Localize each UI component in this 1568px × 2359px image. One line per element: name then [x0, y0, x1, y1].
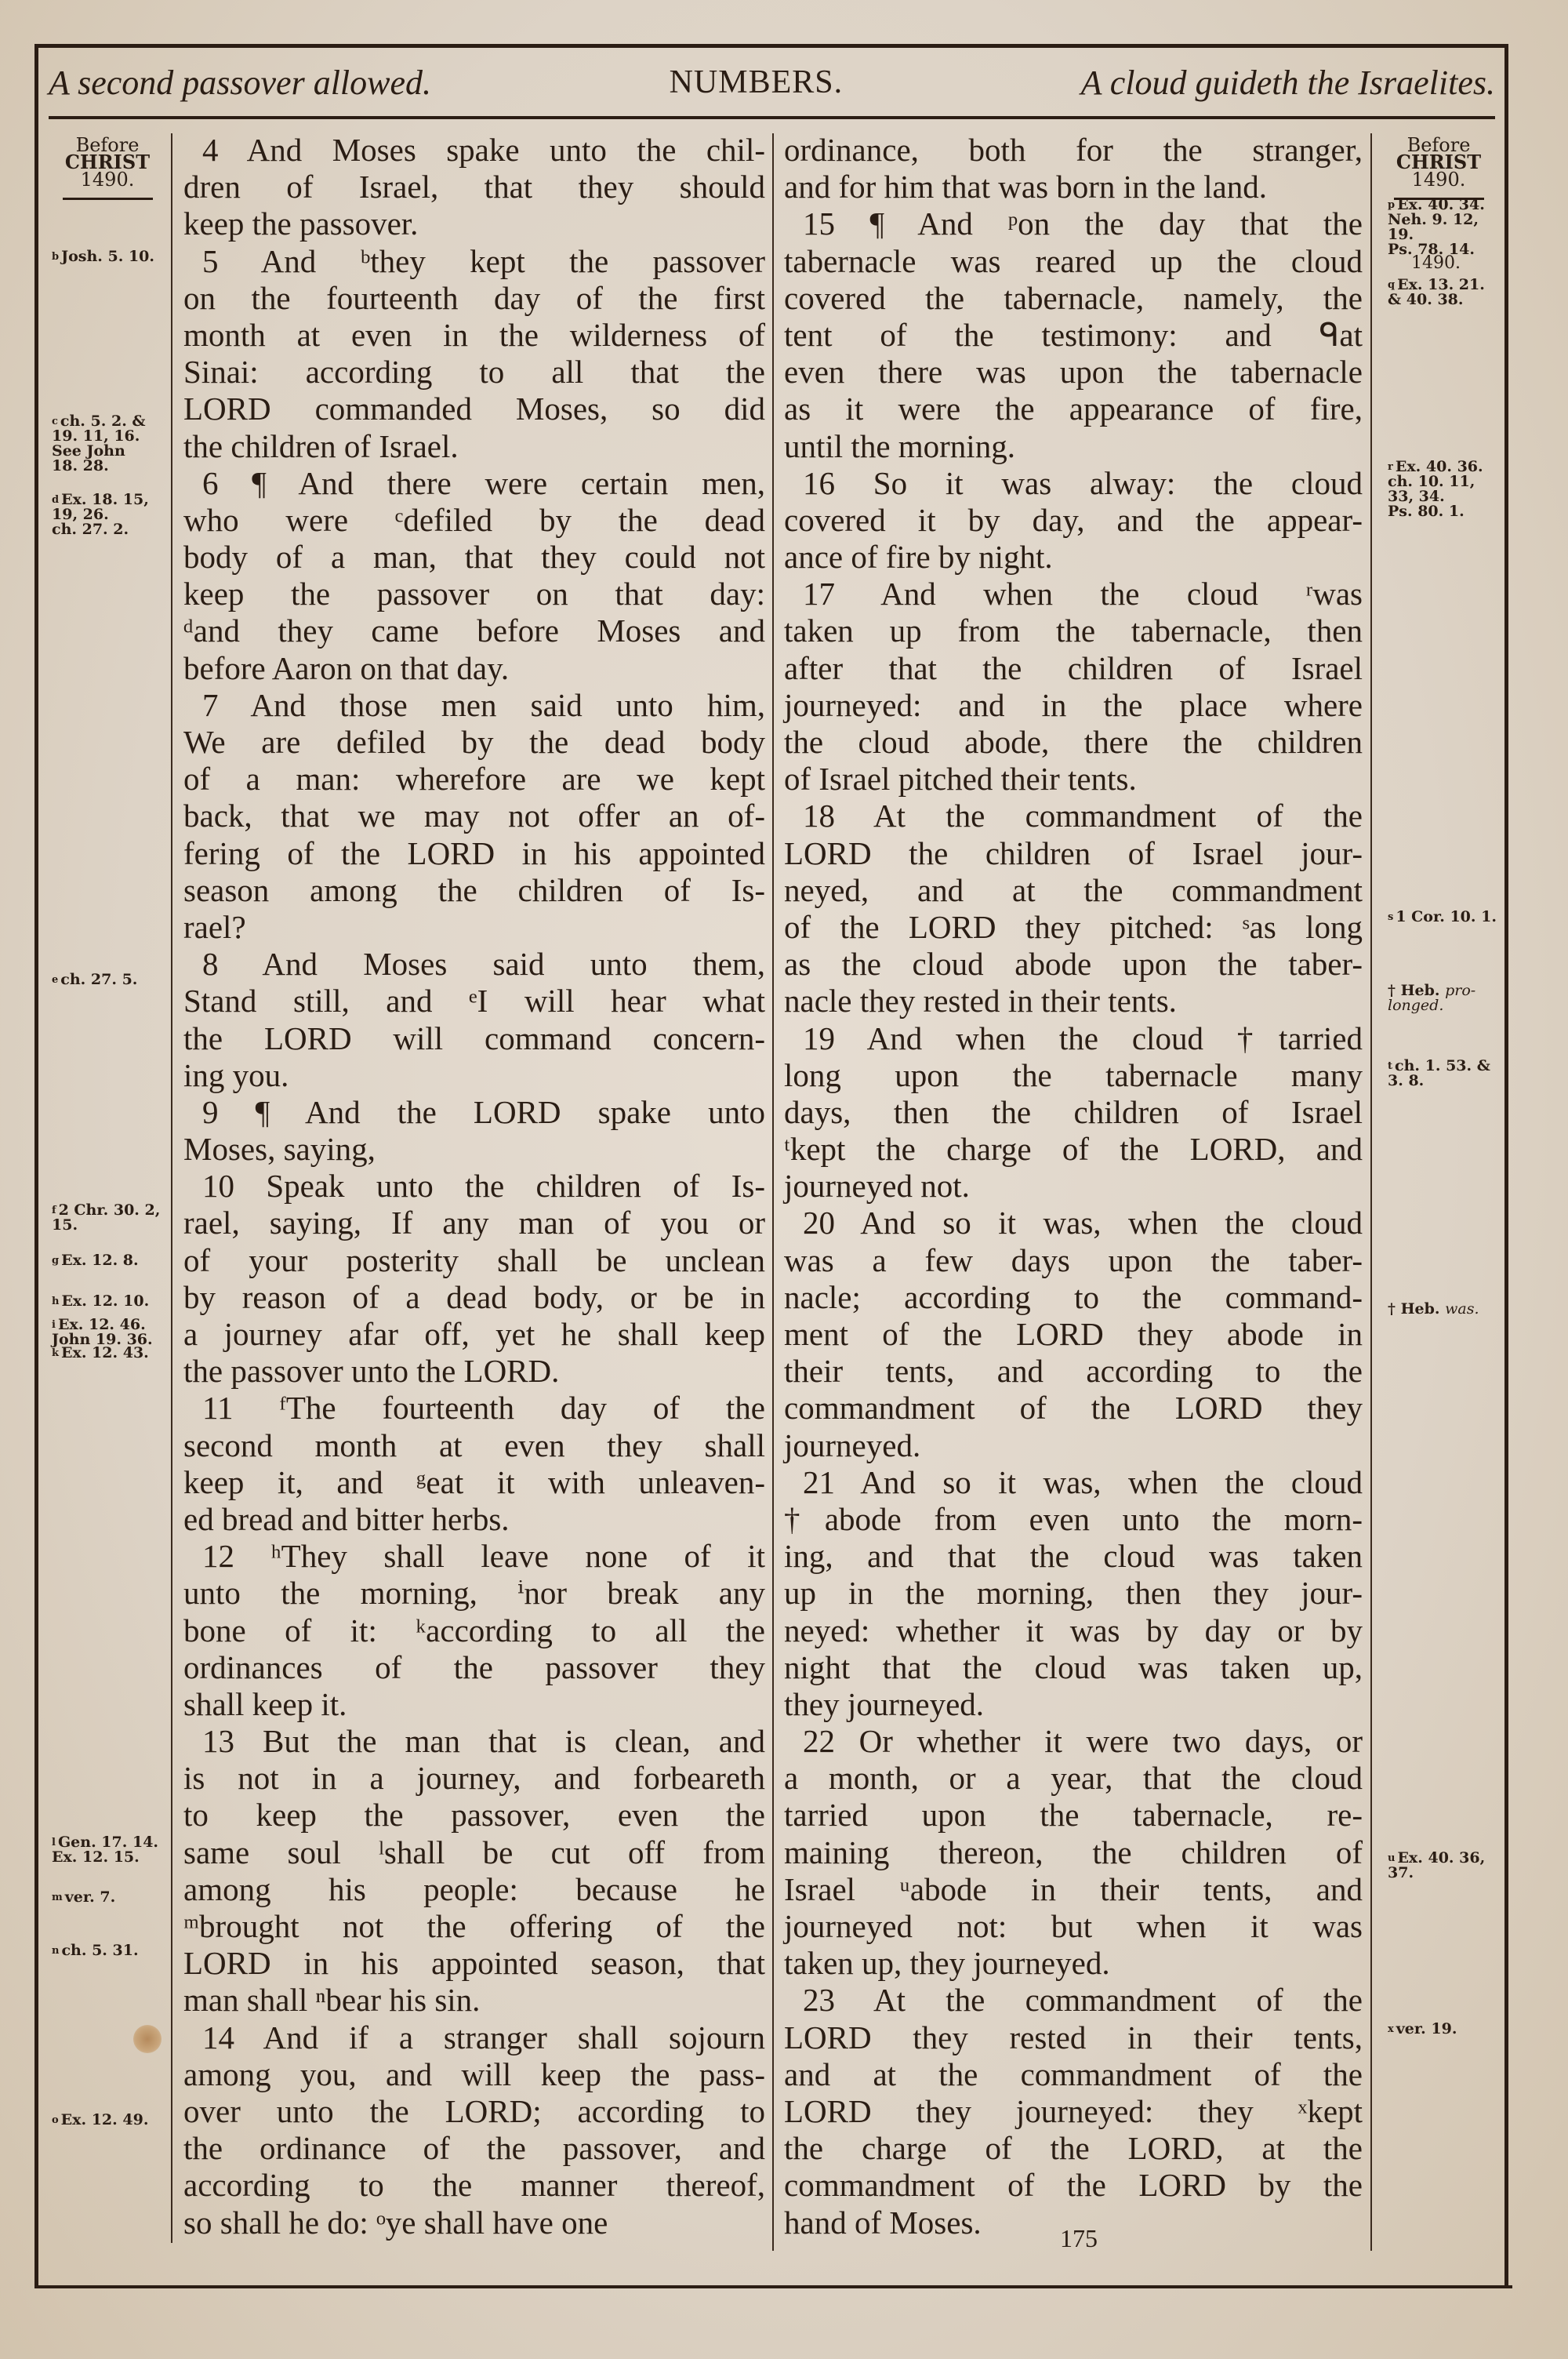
text-line: journeyed not. [784, 1168, 1363, 1205]
text-line: rael, saying, If any man of you or [183, 1205, 765, 1241]
cross-reference-note: bJosh. 5. 10. [52, 249, 154, 264]
text-line: Israel ᵘabode in their tents, and [784, 1871, 1363, 1908]
cross-reference-note: s1 Cor. 10. 1. [1388, 910, 1497, 925]
cross-reference-note: uEx. 40. 36, 37. [1388, 1851, 1485, 1881]
text-line: LORD they rested in their tents, [784, 2019, 1363, 2056]
text-line: ᵗkept the charge of the LORD, and [784, 1131, 1363, 1168]
column-divider [772, 133, 774, 2251]
cross-reference-note: nch. 5. 31. [52, 1943, 139, 1958]
text-line: on the fourteenth day of the first [183, 280, 765, 317]
text-line: the cloud abode, there the children [784, 724, 1363, 761]
text-line: night that the cloud was taken up, [784, 1649, 1363, 1686]
text-line: they journeyed. [784, 1686, 1363, 1723]
text-line: LORD they journeyed: they ˣkept [784, 2093, 1363, 2130]
header-rule [49, 116, 1495, 119]
cross-reference-note: pEx. 40. 34. Neh. 9. 12, 19. Ps. 78. 14. [1388, 198, 1485, 257]
text-line: LORD the children of Israel jour- [784, 835, 1363, 872]
cross-reference-note: rEx. 40. 36. ch. 10. 11, 33, 34. Ps. 80.… [1388, 460, 1483, 519]
text-line: rael? [183, 909, 765, 946]
text-line: commandment of the LORD they [784, 1390, 1363, 1427]
text-line: ment of the LORD they abode in [784, 1316, 1363, 1353]
text-line: second month at even they shall [183, 1427, 765, 1464]
cross-reference-note: oEx. 12. 49. [52, 2113, 148, 2128]
text-line: of a man: wherefore are we kept [183, 761, 765, 798]
text-line: the passover unto the LORD. [183, 1353, 765, 1390]
text-line: Moses, saying, [183, 1131, 765, 1168]
text-line: journeyed: and in the place where [784, 687, 1363, 724]
text-line: their tents, and according to the [784, 1353, 1363, 1390]
scripture-column-left: 4 And Moses spake unto the chil-dren of … [183, 132, 765, 2241]
text-line: Sinai: according to all that the [183, 354, 765, 391]
left-running-title: A second passover allowed. [49, 63, 431, 103]
text-line: 21 And so it was, when the cloud [784, 1464, 1363, 1501]
translation-note: † Heb. was. [1388, 1302, 1479, 1317]
right-margin-date-heading: Before CHRIST 1490. [1388, 136, 1490, 200]
text-line: who were ᶜdefiled by the dead [183, 502, 765, 539]
text-line: back, that we may not offer an of- [183, 798, 765, 834]
text-line: 6 ¶ And there were certain men, [183, 465, 765, 502]
text-line: month at even in the wilderness of [183, 317, 765, 354]
bottom-rule [34, 2285, 1512, 2288]
text-line: as it were the appearance of fire, [784, 391, 1363, 427]
text-line: 9 ¶ And the LORD spake unto [183, 1094, 765, 1131]
text-line: a journey afar off, yet he shall keep [183, 1316, 765, 1353]
text-line: neyed, and at the commandment [784, 872, 1363, 909]
cross-reference-note: mver. 7. [52, 1890, 115, 1905]
left-margin-divider [171, 133, 172, 2243]
text-line: so shall he do: ᵒye shall have one [183, 2205, 765, 2241]
text-line: up in the morning, then they jour- [784, 1575, 1363, 1612]
text-line: ing, and that the cloud was taken [784, 1538, 1363, 1575]
text-line: among you, and will keep the pass- [183, 2056, 765, 2093]
text-line: taken up, they journeyed. [784, 1945, 1363, 1982]
text-line: as the cloud abode upon the taber- [784, 946, 1363, 983]
text-line: 16 So it was alway: the cloud [784, 465, 1363, 502]
cross-reference-note: dEx. 18. 15, 19, 26. ch. 27. 2. [52, 493, 149, 537]
text-line: the children of Israel. [183, 428, 765, 465]
text-line: a month, or a year, that the cloud [784, 1760, 1363, 1797]
text-line: and for him that was born in the land. [784, 169, 1363, 205]
text-line: commandment of the LORD by the [784, 2167, 1363, 2204]
cross-reference-note: tch. 1. 53. & 3. 8. [1388, 1059, 1490, 1089]
text-line: according to the manner thereof, [183, 2167, 765, 2204]
text-line: 18 At the commandment of the [784, 798, 1363, 834]
text-line: 13 But the man that is clean, and [183, 1723, 765, 1760]
date-note: 1490. [1411, 256, 1461, 271]
text-line: 11 ᶠThe fourteenth day of the [183, 1390, 765, 1427]
text-line: keep the passover on that day: [183, 576, 765, 612]
text-line: bone of it: ᵏaccording to all the [183, 1612, 765, 1649]
text-line: maining thereon, the children of [784, 1834, 1363, 1871]
text-line: 23 At the commandment of the [784, 1982, 1363, 2019]
text-line: ordinances of the passover they [183, 1649, 765, 1686]
text-line: nacle they rested in their tents. [784, 983, 1363, 1020]
book-title: NUMBERS. [670, 64, 844, 101]
text-line: 20 And so it was, when the cloud [784, 1205, 1363, 1241]
text-line: ed bread and bitter herbs. [183, 1501, 765, 1538]
text-line: unto the morning, ⁱnor break any [183, 1575, 765, 1612]
text-line: keep it, and ᵍeat it with unleaven- [183, 1464, 765, 1501]
text-line: Stand still, and ᵉI will hear what [183, 983, 765, 1020]
cross-reference-note: qEx. 13. 21. & 40. 38. [1388, 278, 1485, 307]
text-line: covered the tabernacle, namely, the [784, 280, 1363, 317]
cross-reference-note: lGen. 17. 14. Ex. 12. 15. [52, 1835, 158, 1865]
text-line: among his people: because he [183, 1871, 765, 1908]
cross-reference-note: hEx. 12. 10. [52, 1294, 149, 1309]
text-line: before Aaron on that day. [183, 650, 765, 687]
text-line: 5 And ᵇthey kept the passover [183, 243, 765, 280]
text-line: fering of the LORD in his appointed [183, 835, 765, 872]
text-line: the ordinance of the passover, and [183, 2130, 765, 2167]
text-line: was a few days upon the taber- [784, 1242, 1363, 1279]
cross-reference-note: cch. 5. 2. & 19. 11, 16. See John 18. 28… [52, 414, 146, 474]
text-line: body of a man, that they could not [183, 539, 765, 576]
text-line: neyed: whether it was by day or by [784, 1612, 1363, 1649]
text-line: keep the passover. [183, 205, 765, 242]
cross-reference-note: xver. 19. [1388, 2022, 1457, 2037]
text-line: shall keep it. [183, 1686, 765, 1723]
text-line: and at the commandment of the [784, 2056, 1363, 2093]
text-line: 19 And when the cloud †tarried [784, 1020, 1363, 1057]
text-line: 15 ¶ And ᵖon the day that the [784, 205, 1363, 242]
date-heading-rule [63, 198, 153, 200]
text-line: of Israel pitched their tents. [784, 761, 1363, 798]
text-line: ing you. [183, 1057, 765, 1094]
text-line: ᵈand they came before Moses and [183, 612, 765, 649]
paper-stain [133, 2025, 162, 2053]
text-line: 10 Speak unto the children of Is- [183, 1168, 765, 1205]
text-line: over unto the LORD; according to [183, 2093, 765, 2130]
right-margin-divider [1370, 133, 1372, 2251]
translation-note: † Heb. pro- longed. [1388, 983, 1475, 1013]
text-line: 17 And when the cloud ʳwas [784, 576, 1363, 612]
text-line: of the LORD they pitched: ˢas long [784, 909, 1363, 946]
right-running-title: A cloud guideth the Israelites. [1081, 63, 1495, 103]
text-line: the LORD will command concern- [183, 1020, 765, 1057]
text-line: 22 Or whether it were two days, or [784, 1723, 1363, 1760]
text-line: 7 And those men said unto him, [183, 687, 765, 724]
text-line: after that the children of Israel [784, 650, 1363, 687]
text-line: journeyed not: but when it was [784, 1908, 1363, 1945]
text-line: ordinance, both for the stranger, [784, 132, 1363, 169]
text-line: 4 And Moses spake unto the chil- [183, 132, 765, 169]
text-line: to keep the passover, even the [183, 1797, 765, 1834]
text-line: We are defiled by the dead body [183, 724, 765, 761]
text-line: tarried upon the tabernacle, re- [784, 1797, 1363, 1834]
text-line: LORD commanded Moses, so did [183, 391, 765, 427]
text-line: until the morning. [784, 428, 1363, 465]
text-line: 8 And Moses said unto them, [183, 946, 765, 983]
text-line: man shall ⁿbear his sin. [183, 1982, 765, 2019]
text-line: taken up from the tabernacle, then [784, 612, 1363, 649]
text-line: same soul ˡshall be cut off from [183, 1834, 765, 1871]
cross-reference-note: f2 Chr. 30. 2, 15. [52, 1203, 160, 1233]
date-heading-year: 1490. [56, 171, 158, 188]
text-line: days, then the children of Israel [784, 1094, 1363, 1131]
text-line: †abode from even unto the morn- [784, 1501, 1363, 1538]
cross-reference-note: ech. 27. 5. [52, 972, 137, 987]
text-line: 14 And if a stranger shall sojourn [183, 2019, 765, 2056]
cross-reference-note: iEx. 12. 46. John 19. 36. [52, 1318, 153, 1347]
date-heading-year: 1490. [1388, 171, 1490, 188]
text-line: covered it by day, and the appear- [784, 502, 1363, 539]
text-line: tabernacle was reared up the cloud [784, 243, 1363, 280]
cross-reference-note: kEx. 12. 43. [52, 1346, 149, 1361]
text-line: LORD in his appointed season, that [183, 1945, 765, 1982]
page-number: 175 [1060, 2224, 1098, 2253]
text-line: dren of Israel, that they should [183, 169, 765, 205]
text-line: is not in a journey, and forbeareth [183, 1760, 765, 1797]
text-line: journeyed. [784, 1427, 1363, 1464]
text-line: by reason of a dead body, or be in [183, 1279, 765, 1316]
text-line: the charge of the LORD, at the [784, 2130, 1363, 2167]
running-header: A second passover allowed. NUMBERS. A cl… [49, 55, 1495, 110]
text-line: 12 ʰThey shall leave none of it [183, 1538, 765, 1575]
text-line: long upon the tabernacle many [784, 1057, 1363, 1094]
cross-reference-note: gEx. 12. 8. [52, 1253, 139, 1268]
text-line: season among the children of Is- [183, 872, 765, 909]
text-line: of your posterity shall be unclean [183, 1242, 765, 1279]
left-margin-date-heading: Before CHRIST 1490. [56, 136, 158, 200]
text-line: nacle; according to the command- [784, 1279, 1363, 1316]
text-line: ᵐbrought not the offering of the [183, 1908, 765, 1945]
text-line: ance of fire by night. [784, 539, 1363, 576]
scripture-column-right: ordinance, both for the stranger,and for… [784, 132, 1363, 2241]
text-line: tent of the testimony: and ᑫat [784, 317, 1363, 354]
text-line: even there was upon the tabernacle [784, 354, 1363, 391]
